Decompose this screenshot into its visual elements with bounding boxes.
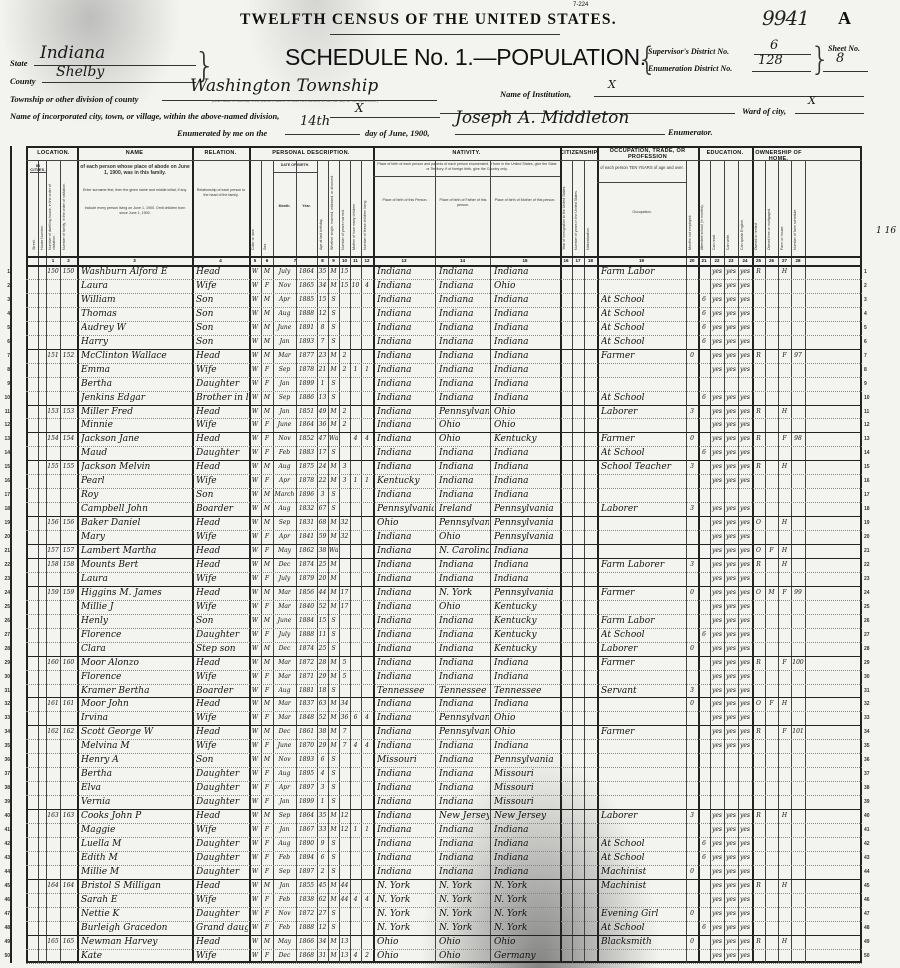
- cell-birth-month[interactable]: Mar: [274, 600, 295, 614]
- cell-owned-rented[interactable]: R: [753, 460, 764, 474]
- cell-birth-year[interactable]: 1879: [297, 572, 316, 586]
- cell-birth-month[interactable]: Jan: [274, 823, 295, 837]
- cell-mother-birthplace[interactable]: Ohio: [494, 935, 559, 949]
- cell-father-birthplace[interactable]: Indiana: [439, 767, 489, 781]
- cell-can-read[interactable]: yes: [711, 628, 723, 642]
- cell-color[interactable]: W: [250, 949, 260, 963]
- cell-family[interactable]: 165: [61, 935, 76, 949]
- cell-marital[interactable]: M: [329, 600, 338, 614]
- cell-color[interactable]: W: [250, 614, 260, 628]
- cell-age[interactable]: 63: [318, 697, 327, 711]
- cell-birth-year[interactable]: 1841: [297, 530, 316, 544]
- cell-years-married[interactable]: 34: [340, 697, 349, 711]
- cell-birthplace[interactable]: Indiana: [377, 544, 434, 558]
- cell-birth-year[interactable]: 1864: [297, 418, 316, 432]
- cell-can-read[interactable]: yes: [711, 474, 723, 488]
- cell-birth-year[interactable]: 1872: [297, 907, 316, 921]
- cell-birthplace[interactable]: N. York: [377, 879, 434, 893]
- cell-occupation[interactable]: Farmer: [601, 656, 685, 670]
- cell-marital[interactable]: M: [329, 711, 338, 725]
- cell-mother-birthplace[interactable]: Indiana: [494, 460, 559, 474]
- cell-years-married[interactable]: 13: [340, 935, 349, 949]
- cell-years-married[interactable]: 17: [340, 586, 349, 600]
- cell-birthplace[interactable]: Indiana: [377, 530, 434, 544]
- cell-children-living[interactable]: 1: [362, 474, 372, 488]
- cell-birth-year[interactable]: 1885: [297, 293, 316, 307]
- cell-family[interactable]: 155: [61, 460, 76, 474]
- cell-mother-birthplace[interactable]: New Jersey: [494, 809, 559, 823]
- cell-occupation[interactable]: Laborer: [601, 642, 685, 656]
- cell-years-married[interactable]: 32: [340, 516, 349, 530]
- cell-birth-month[interactable]: Apr: [274, 530, 295, 544]
- cell-can-write[interactable]: yes: [725, 279, 737, 293]
- cell-marital[interactable]: M: [329, 558, 338, 572]
- cell-father-birthplace[interactable]: N. York: [439, 921, 489, 935]
- cell-marital[interactable]: M: [329, 809, 338, 823]
- cell-can-speak[interactable]: yes: [739, 656, 751, 670]
- cell-can-write[interactable]: yes: [725, 656, 737, 670]
- cell-color[interactable]: W: [250, 935, 260, 949]
- cell-can-write[interactable]: yes: [725, 949, 737, 963]
- cell-father-birthplace[interactable]: Indiana: [439, 697, 489, 711]
- cell-mother-birthplace[interactable]: Indiana: [494, 377, 559, 391]
- cell-father-birthplace[interactable]: Pennsylvania: [439, 711, 489, 725]
- cell-birthplace[interactable]: Indiana: [377, 795, 434, 809]
- cell-sex[interactable]: F: [262, 795, 272, 809]
- cell-name[interactable]: Minnie: [81, 418, 191, 432]
- cell-occupation[interactable]: Servant: [601, 684, 685, 698]
- cell-birth-month[interactable]: May: [274, 935, 295, 949]
- cell-marital[interactable]: S: [329, 837, 338, 851]
- cell-color[interactable]: W: [250, 837, 260, 851]
- cell-birth-month[interactable]: Mar: [274, 697, 295, 711]
- cell-birth-month[interactable]: June: [274, 614, 295, 628]
- cell-can-read[interactable]: yes: [711, 502, 723, 516]
- cell-birth-month[interactable]: July: [274, 265, 295, 279]
- cell-birth-year[interactable]: 1894: [297, 851, 316, 865]
- cell-relation[interactable]: Head: [196, 586, 248, 600]
- cell-birth-month[interactable]: May: [274, 544, 295, 558]
- cell-occupation[interactable]: School Teacher: [601, 460, 685, 474]
- cell-color[interactable]: W: [250, 656, 260, 670]
- cell-dwelling[interactable]: 160: [47, 656, 59, 670]
- cell-birthplace[interactable]: Indiana: [377, 279, 434, 293]
- cell-father-birthplace[interactable]: Ohio: [439, 530, 489, 544]
- cell-relation[interactable]: Head: [196, 544, 248, 558]
- cell-owned-rented[interactable]: R: [753, 265, 764, 279]
- cell-occupation[interactable]: Farmer: [601, 432, 685, 446]
- cell-can-speak[interactable]: yes: [739, 823, 751, 837]
- cell-attended-school[interactable]: 6: [699, 921, 709, 935]
- cell-occupation[interactable]: At School: [601, 921, 685, 935]
- cell-can-speak[interactable]: yes: [739, 642, 751, 656]
- cell-can-write[interactable]: yes: [725, 642, 737, 656]
- ward-value[interactable]: X: [808, 94, 816, 107]
- cell-attended-school[interactable]: 6: [699, 837, 709, 851]
- cell-color[interactable]: W: [250, 265, 260, 279]
- cell-can-speak[interactable]: yes: [739, 363, 751, 377]
- cell-years-married[interactable]: 36: [340, 711, 349, 725]
- cell-sex[interactable]: M: [262, 809, 272, 823]
- cell-birth-year[interactable]: 1872: [297, 656, 316, 670]
- cell-name[interactable]: Clara: [81, 642, 191, 656]
- cell-owned-rented[interactable]: O: [753, 586, 764, 600]
- cell-relation[interactable]: Wife: [196, 600, 248, 614]
- cell-marital[interactable]: S: [329, 921, 338, 935]
- cell-father-birthplace[interactable]: New Jersey: [439, 809, 489, 823]
- cell-name[interactable]: Roy: [81, 488, 191, 502]
- cell-birth-month[interactable]: Aug: [274, 767, 295, 781]
- cell-birth-month[interactable]: Nov: [274, 753, 295, 767]
- cell-birth-year[interactable]: 1899: [297, 795, 316, 809]
- cell-father-birthplace[interactable]: Indiana: [439, 642, 489, 656]
- cell-color[interactable]: W: [250, 391, 260, 405]
- cell-birth-month[interactable]: March: [274, 488, 295, 502]
- cell-occupation[interactable]: Machinist: [601, 879, 685, 893]
- cell-age[interactable]: 11: [318, 628, 327, 642]
- cell-family[interactable]: 162: [61, 725, 76, 739]
- cell-relation[interactable]: Daughter: [196, 837, 248, 851]
- cell-children-living[interactable]: 4: [362, 279, 372, 293]
- cell-color[interactable]: W: [250, 851, 260, 865]
- cell-owned-rented[interactable]: O: [753, 544, 764, 558]
- cell-birthplace[interactable]: Indiana: [377, 600, 434, 614]
- cell-age[interactable]: 3: [318, 781, 327, 795]
- cell-birth-month[interactable]: Aug: [274, 502, 295, 516]
- cell-relation[interactable]: Son: [196, 293, 248, 307]
- cell-can-read[interactable]: yes: [711, 809, 723, 823]
- cell-name[interactable]: Cooks John P: [81, 809, 191, 823]
- cell-family[interactable]: 164: [61, 879, 76, 893]
- cell-dwelling[interactable]: 164: [47, 879, 59, 893]
- cell-occupation[interactable]: Farm Labor: [601, 265, 685, 279]
- cell-occupation[interactable]: Laborer: [601, 502, 685, 516]
- cell-farm-house[interactable]: H: [779, 265, 790, 279]
- cell-farm-house[interactable]: F: [779, 586, 790, 600]
- cell-mother-birthplace[interactable]: Kentucky: [494, 628, 559, 642]
- cell-can-write[interactable]: yes: [725, 851, 737, 865]
- cell-sex[interactable]: F: [262, 739, 272, 753]
- cell-farm-house[interactable]: H: [779, 935, 790, 949]
- cell-can-read[interactable]: yes: [711, 614, 723, 628]
- cell-can-speak[interactable]: yes: [739, 837, 751, 851]
- cell-mother-birthplace[interactable]: Missouri: [494, 795, 559, 809]
- cell-can-write[interactable]: yes: [725, 600, 737, 614]
- cell-farm-house[interactable]: H: [779, 809, 790, 823]
- enumeration-value[interactable]: 128: [758, 53, 783, 68]
- cell-birth-month[interactable]: Dec: [274, 949, 295, 963]
- cell-birth-month[interactable]: Aug: [274, 837, 295, 851]
- cell-birth-month[interactable]: Sep: [274, 865, 295, 879]
- cell-relation[interactable]: Daughter: [196, 795, 248, 809]
- cell-years-married[interactable]: 2: [340, 405, 349, 419]
- cell-farm-house[interactable]: H: [779, 879, 790, 893]
- cell-can-write[interactable]: yes: [725, 809, 737, 823]
- cell-color[interactable]: W: [250, 321, 260, 335]
- cell-sex[interactable]: M: [262, 405, 272, 419]
- cell-birth-month[interactable]: Jan: [274, 377, 295, 391]
- cell-birth-year[interactable]: 1884: [297, 614, 316, 628]
- cell-birthplace[interactable]: Indiana: [377, 307, 434, 321]
- cell-age[interactable]: 25: [318, 642, 327, 656]
- cell-age[interactable]: 31: [318, 949, 327, 963]
- cell-occupation[interactable]: At School: [601, 837, 685, 851]
- cell-can-speak[interactable]: yes: [739, 809, 751, 823]
- cell-years-married[interactable]: 5: [340, 670, 349, 684]
- cell-mother-birthplace[interactable]: N. York: [494, 879, 559, 893]
- cell-attended-school[interactable]: 6: [699, 391, 709, 405]
- cell-can-speak[interactable]: yes: [739, 446, 751, 460]
- cell-children-living[interactable]: 4: [362, 711, 372, 725]
- cell-father-birthplace[interactable]: Ohio: [439, 432, 489, 446]
- cell-marital[interactable]: S: [329, 307, 338, 321]
- cell-can-read[interactable]: yes: [711, 558, 723, 572]
- cell-color[interactable]: W: [250, 307, 260, 321]
- cell-mother-birthplace[interactable]: Pennsylvania: [494, 753, 559, 767]
- cell-father-birthplace[interactable]: N. York: [439, 907, 489, 921]
- cell-marital[interactable]: S: [329, 614, 338, 628]
- cell-farm-house[interactable]: F: [779, 349, 790, 363]
- cell-color[interactable]: W: [250, 628, 260, 642]
- cell-birth-month[interactable]: June: [274, 321, 295, 335]
- cell-birth-year[interactable]: 1832: [297, 502, 316, 516]
- cell-birth-year[interactable]: 1851: [297, 405, 316, 419]
- cell-birthplace[interactable]: Ohio: [377, 516, 434, 530]
- cell-marital[interactable]: M: [329, 656, 338, 670]
- cell-father-birthplace[interactable]: Pennsylvania: [439, 405, 489, 419]
- cell-relation[interactable]: Wife: [196, 530, 248, 544]
- cell-family[interactable]: 152: [61, 349, 76, 363]
- cell-mother-birthplace[interactable]: Indiana: [494, 558, 559, 572]
- cell-relation[interactable]: Wife: [196, 474, 248, 488]
- cell-dwelling[interactable]: 157: [47, 544, 59, 558]
- cell-name[interactable]: Henry A: [81, 753, 191, 767]
- cell-attended-school[interactable]: 6: [699, 446, 709, 460]
- cell-sex[interactable]: F: [262, 418, 272, 432]
- cell-name[interactable]: Millie J: [81, 600, 191, 614]
- cell-years-married[interactable]: 12: [340, 809, 349, 823]
- cell-birthplace[interactable]: Indiana: [377, 725, 434, 739]
- cell-occupation[interactable]: Laborer: [601, 809, 685, 823]
- cell-mother-birthplace[interactable]: Ohio: [494, 725, 559, 739]
- cell-sex[interactable]: F: [262, 823, 272, 837]
- cell-sex[interactable]: F: [262, 530, 272, 544]
- cell-sex[interactable]: F: [262, 767, 272, 781]
- cell-marital[interactable]: M: [329, 516, 338, 530]
- cell-sex[interactable]: M: [262, 265, 272, 279]
- cell-farm-house[interactable]: F: [779, 725, 790, 739]
- cell-dwelling[interactable]: 162: [47, 725, 59, 739]
- cell-age[interactable]: 47: [318, 432, 327, 446]
- cell-attended-school[interactable]: 6: [699, 335, 709, 349]
- cell-father-birthplace[interactable]: Ohio: [439, 935, 489, 949]
- cell-color[interactable]: W: [250, 697, 260, 711]
- cell-relation[interactable]: Grand daughter: [196, 921, 248, 935]
- cell-can-read[interactable]: yes: [711, 586, 723, 600]
- cell-relation[interactable]: Wife: [196, 711, 248, 725]
- cell-mother-birthplace[interactable]: N. York: [494, 893, 559, 907]
- cell-can-write[interactable]: yes: [725, 865, 737, 879]
- cell-can-read[interactable]: yes: [711, 935, 723, 949]
- cell-relation[interactable]: Head: [196, 935, 248, 949]
- cell-relation[interactable]: Daughter: [196, 446, 248, 460]
- cell-dwelling[interactable]: 159: [47, 586, 59, 600]
- cell-birth-year[interactable]: 1897: [297, 865, 316, 879]
- cell-father-birthplace[interactable]: Indiana: [439, 656, 489, 670]
- cell-mother-birthplace[interactable]: Missouri: [494, 781, 559, 795]
- cell-dwelling[interactable]: 165: [47, 935, 59, 949]
- cell-relation[interactable]: Boarder: [196, 502, 248, 516]
- cell-can-write[interactable]: yes: [725, 474, 737, 488]
- cell-mother-birthplace[interactable]: Indiana: [494, 335, 559, 349]
- cell-color[interactable]: W: [250, 405, 260, 419]
- cell-can-speak[interactable]: yes: [739, 739, 751, 753]
- cell-owned-rented[interactable]: O: [753, 697, 764, 711]
- cell-name[interactable]: Scott George W: [81, 725, 191, 739]
- cell-farm-house[interactable]: H: [779, 460, 790, 474]
- cell-relation[interactable]: Daughter: [196, 767, 248, 781]
- cell-birth-year[interactable]: 1862: [297, 544, 316, 558]
- cell-age[interactable]: 59: [318, 530, 327, 544]
- cell-can-speak[interactable]: yes: [739, 279, 751, 293]
- cell-sex[interactable]: F: [262, 921, 272, 935]
- cell-children-living[interactable]: 4: [362, 893, 372, 907]
- cell-marital[interactable]: M: [329, 823, 338, 837]
- cell-farm-schedule[interactable]: 99: [792, 586, 804, 600]
- cell-relation[interactable]: Brother in law: [196, 391, 248, 405]
- cell-mother-birthplace[interactable]: Pennsylvania: [494, 586, 559, 600]
- cell-father-birthplace[interactable]: N. York: [439, 586, 489, 600]
- cell-attended-school[interactable]: 6: [699, 307, 709, 321]
- cell-sex[interactable]: F: [262, 851, 272, 865]
- cell-age[interactable]: 1: [318, 795, 327, 809]
- cell-can-read[interactable]: yes: [711, 865, 723, 879]
- cell-color[interactable]: W: [250, 879, 260, 893]
- cell-owned-rented[interactable]: R: [753, 558, 764, 572]
- cell-farm-schedule[interactable]: 97: [792, 349, 804, 363]
- cell-relation[interactable]: Wife: [196, 572, 248, 586]
- cell-can-read[interactable]: yes: [711, 851, 723, 865]
- cell-occupation[interactable]: Machinist: [601, 865, 685, 879]
- cell-can-write[interactable]: yes: [725, 628, 737, 642]
- cell-age[interactable]: 33: [318, 823, 327, 837]
- cell-relation[interactable]: Daughter: [196, 377, 248, 391]
- cell-can-speak[interactable]: yes: [739, 614, 751, 628]
- cell-birthplace[interactable]: Indiana: [377, 642, 434, 656]
- cell-birth-month[interactable]: Apr: [274, 781, 295, 795]
- cell-mother-birthplace[interactable]: Indiana: [494, 851, 559, 865]
- cell-father-birthplace[interactable]: Indiana: [439, 391, 489, 405]
- cell-name[interactable]: Maud: [81, 446, 191, 460]
- cell-age[interactable]: 25: [318, 558, 327, 572]
- cell-age[interactable]: 44: [318, 586, 327, 600]
- cell-birth-month[interactable]: Feb: [274, 851, 295, 865]
- cell-children-living[interactable]: 4: [362, 739, 372, 753]
- cell-age[interactable]: 35: [318, 809, 327, 823]
- cell-age[interactable]: 7: [318, 335, 327, 349]
- cell-can-speak[interactable]: yes: [739, 460, 751, 474]
- cell-mother-birthplace[interactable]: Indiana: [494, 446, 559, 460]
- cell-color[interactable]: W: [250, 921, 260, 935]
- cell-father-birthplace[interactable]: Indiana: [439, 670, 489, 684]
- cell-sex[interactable]: M: [262, 307, 272, 321]
- cell-sex[interactable]: M: [262, 879, 272, 893]
- cell-birth-month[interactable]: June: [274, 739, 295, 753]
- cell-relation[interactable]: Daughter: [196, 628, 248, 642]
- cell-color[interactable]: W: [250, 335, 260, 349]
- cell-can-speak[interactable]: yes: [739, 265, 751, 279]
- cell-color[interactable]: W: [250, 809, 260, 823]
- cell-can-speak[interactable]: yes: [739, 949, 751, 963]
- cell-can-speak[interactable]: yes: [739, 670, 751, 684]
- cell-birthplace[interactable]: N. York: [377, 921, 434, 935]
- cell-marital[interactable]: S: [329, 391, 338, 405]
- cell-sex[interactable]: F: [262, 893, 272, 907]
- cell-can-write[interactable]: yes: [725, 432, 737, 446]
- cell-color[interactable]: W: [250, 418, 260, 432]
- cell-birth-year[interactable]: 1893: [297, 335, 316, 349]
- cell-relation[interactable]: Wife: [196, 279, 248, 293]
- cell-can-write[interactable]: yes: [725, 321, 737, 335]
- cell-marital[interactable]: M: [329, 697, 338, 711]
- cell-can-read[interactable]: yes: [711, 907, 723, 921]
- cell-father-birthplace[interactable]: N. Carolina: [439, 544, 489, 558]
- cell-color[interactable]: W: [250, 823, 260, 837]
- cell-marital[interactable]: S: [329, 335, 338, 349]
- cell-can-write[interactable]: yes: [725, 907, 737, 921]
- cell-birth-month[interactable]: Dec: [274, 558, 295, 572]
- cell-marital[interactable]: M: [329, 586, 338, 600]
- cell-occupation[interactable]: At School: [601, 851, 685, 865]
- cell-family[interactable]: 153: [61, 405, 76, 419]
- cell-mother-birthplace[interactable]: Indiana: [494, 293, 559, 307]
- cell-birth-month[interactable]: Aug: [274, 684, 295, 698]
- cell-sex[interactable]: F: [262, 446, 272, 460]
- cell-can-speak[interactable]: yes: [739, 349, 751, 363]
- cell-marital[interactable]: S: [329, 488, 338, 502]
- cell-father-birthplace[interactable]: Indiana: [439, 488, 489, 502]
- cell-name[interactable]: Mounts Bert: [81, 558, 191, 572]
- cell-birth-month[interactable]: Nov: [274, 432, 295, 446]
- cell-mother-birthplace[interactable]: Indiana: [494, 697, 559, 711]
- cell-birthplace[interactable]: Tennessee: [377, 684, 434, 698]
- cell-mother-of[interactable]: 4: [351, 893, 360, 907]
- cell-mother-of[interactable]: 1: [351, 823, 360, 837]
- cell-mother-birthplace[interactable]: Indiana: [494, 349, 559, 363]
- cell-can-read[interactable]: yes: [711, 711, 723, 725]
- cell-months-unemployed[interactable]: 3: [687, 405, 697, 419]
- cell-father-birthplace[interactable]: Indiana: [439, 823, 489, 837]
- cell-marital[interactable]: S: [329, 293, 338, 307]
- cell-name[interactable]: Elva: [81, 781, 191, 795]
- cell-father-birthplace[interactable]: Indiana: [439, 614, 489, 628]
- cell-mother-birthplace[interactable]: Indiana: [494, 488, 559, 502]
- cell-marital[interactable]: M: [329, 279, 338, 293]
- cell-farm-house[interactable]: H: [779, 697, 790, 711]
- cell-years-married[interactable]: 3: [340, 460, 349, 474]
- cell-age[interactable]: 12: [318, 921, 327, 935]
- cell-occupation[interactable]: Farmer: [601, 349, 685, 363]
- cell-years-married[interactable]: 7: [340, 739, 349, 753]
- cell-name[interactable]: Emma: [81, 363, 191, 377]
- cell-birthplace[interactable]: Missouri: [377, 753, 434, 767]
- cell-birthplace[interactable]: N. York: [377, 893, 434, 907]
- cell-months-unemployed[interactable]: 0: [687, 907, 697, 921]
- cell-can-read[interactable]: yes: [711, 921, 723, 935]
- cell-birth-year[interactable]: 1881: [297, 684, 316, 698]
- cell-marital[interactable]: S: [329, 907, 338, 921]
- cell-birth-month[interactable]: Aug: [274, 307, 295, 321]
